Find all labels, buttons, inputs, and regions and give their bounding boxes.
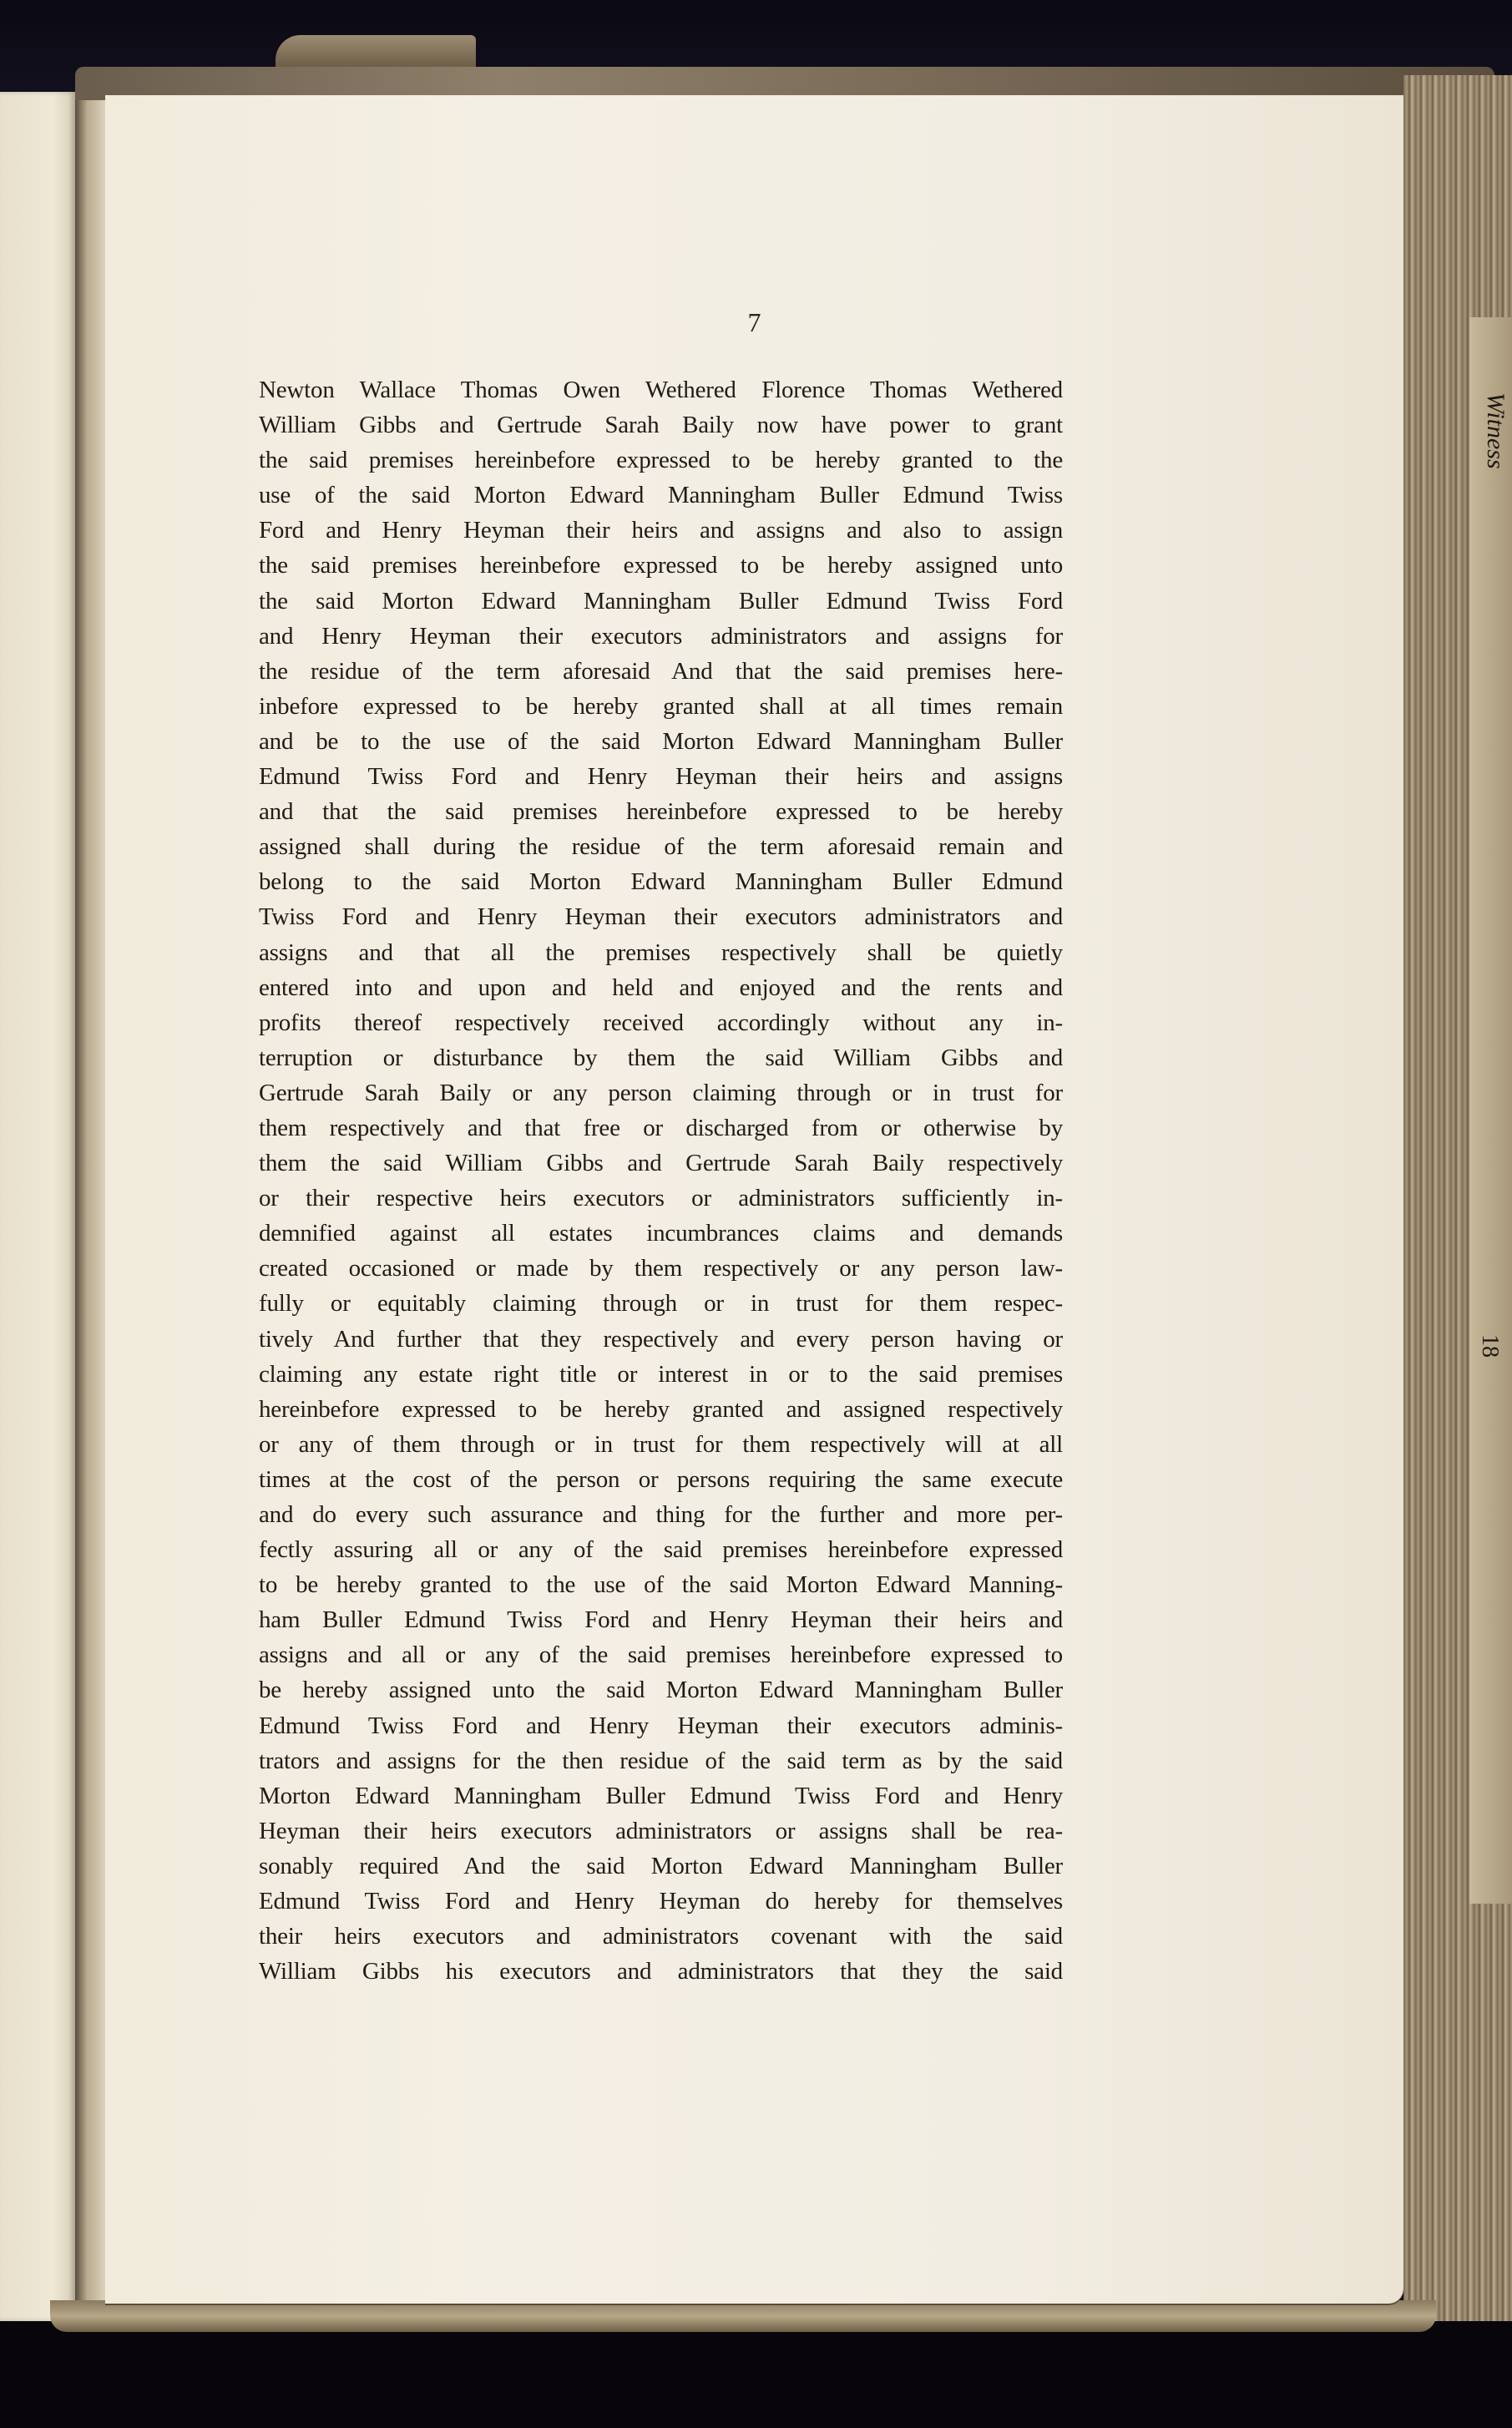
book-gutter	[75, 100, 105, 2304]
text-line: and that the said premises hereinbefore …	[259, 794, 1063, 829]
text-line: terruption or disturbance by them the sa…	[259, 1040, 1063, 1075]
text-line: tively And further that they respectivel…	[259, 1322, 1063, 1357]
fore-edge-number-label: 18	[1476, 1334, 1503, 1358]
text-line: inbefore expressed to be hereby granted …	[259, 689, 1063, 724]
text-line: William Gibbs and Gertrude Sarah Baily n…	[259, 407, 1063, 443]
left-page-edge	[0, 92, 75, 2321]
text-line: their heirs executors and administrators…	[259, 1919, 1063, 1954]
text-line: created occasioned or made by them respe…	[259, 1251, 1063, 1286]
text-line: fectly assuring all or any of the said p…	[259, 1532, 1063, 1567]
fore-edge-witness-label: Witness	[1481, 392, 1509, 469]
text-line: assigned shall during the residue of the…	[259, 829, 1063, 864]
text-line: Gertrude Sarah Baily or any person claim…	[259, 1075, 1063, 1110]
text-line: ham Buller Edmund Twiss Ford and Henry H…	[259, 1602, 1063, 1637]
text-line: Heyman their heirs executors administrat…	[259, 1813, 1063, 1849]
text-line: profits thereof respectively received ac…	[259, 1005, 1063, 1040]
text-line: the said premises hereinbefore expressed…	[259, 548, 1063, 583]
text-line: hereinbefore expressed to be hereby gran…	[259, 1392, 1063, 1427]
text-line: the said Morton Edward Manningham Buller…	[259, 584, 1063, 619]
text-line: the residue of the term aforesaid And th…	[259, 654, 1063, 689]
text-line: or their respective heirs executors or a…	[259, 1181, 1063, 1216]
text-line: Ford and Henry Heyman their heirs and as…	[259, 513, 1063, 548]
text-line: assigns and all or any of the said premi…	[259, 1637, 1063, 1672]
folded-paper-scrap	[276, 35, 476, 68]
text-line: Edmund Twiss Ford and Henry Heyman their…	[259, 759, 1063, 794]
text-line: fully or equitably claiming through or i…	[259, 1286, 1063, 1321]
text-line: and do every such assurance and thing fo…	[259, 1497, 1063, 1532]
book-bottom-edge	[50, 2300, 1436, 2332]
text-line: William Gibbs his executors and administ…	[259, 1954, 1063, 1989]
text-line: belong to the said Morton Edward Manning…	[259, 864, 1063, 899]
text-line: Newton Wallace Thomas Owen Wethered Flor…	[259, 372, 1063, 407]
fore-edge-tab	[1469, 317, 1512, 1904]
text-line: Edmund Twiss Ford and Henry Heyman their…	[259, 1708, 1063, 1743]
text-line: entered into and upon and held and enjoy…	[259, 970, 1063, 1005]
text-line: claiming any estate right title or inter…	[259, 1357, 1063, 1392]
text-line: Edmund Twiss Ford and Henry Heyman do he…	[259, 1884, 1063, 1919]
text-line: Twiss Ford and Henry Heyman their execut…	[259, 899, 1063, 934]
text-line: trators and assigns for the then residue…	[259, 1743, 1063, 1778]
text-line: use of the said Morton Edward Manningham…	[259, 478, 1063, 513]
text-line: to be hereby granted to the use of the s…	[259, 1567, 1063, 1602]
text-line: assigns and that all the premises respec…	[259, 935, 1063, 970]
text-line: and Henry Heyman their executors adminis…	[259, 619, 1063, 654]
text-line: demnified against all estates incumbranc…	[259, 1216, 1063, 1251]
page-number: 7	[105, 307, 1403, 338]
text-line: them respectively and that free or disch…	[259, 1110, 1063, 1146]
text-line: times at the cost of the person or perso…	[259, 1462, 1063, 1497]
body-text: Newton Wallace Thomas Owen Wethered Flor…	[259, 372, 1063, 1989]
text-line: sonably required And the said Morton Edw…	[259, 1849, 1063, 1884]
text-line: the said premises hereinbefore expressed…	[259, 443, 1063, 478]
text-line: be hereby assigned unto the said Morton …	[259, 1672, 1063, 1707]
text-line: or any of them through or in trust for t…	[259, 1427, 1063, 1462]
text-line: and be to the use of the said Morton Edw…	[259, 724, 1063, 759]
text-line: them the said William Gibbs and Gertrude…	[259, 1146, 1063, 1181]
text-line: Morton Edward Manningham Buller Edmund T…	[259, 1778, 1063, 1813]
